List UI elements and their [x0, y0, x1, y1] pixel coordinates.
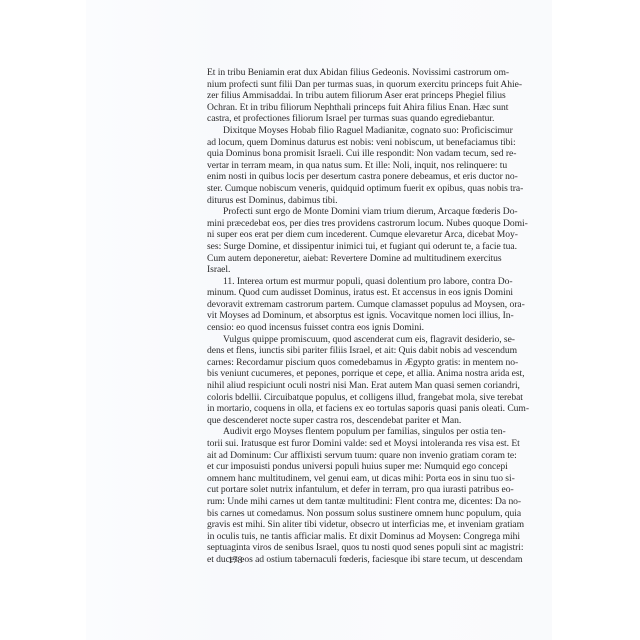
text-line: castra, et profectiones filiorum Israel …	[207, 113, 494, 125]
text-line: enim nosti in quibus locis per desertum …	[207, 171, 494, 183]
paragraph: Vulgus quippe promiscuum, quod ascendera…	[207, 334, 494, 427]
text-line: nium profecti sunt filii Dan per turmas …	[207, 79, 494, 91]
text-line: Israel.	[207, 264, 494, 276]
text-line: ses: Surge Domine, et dissipentur inimic…	[207, 241, 494, 253]
text-line: torii sui. Iratusque est furor Domini va…	[207, 438, 494, 450]
text-line: diturus est Dominus, dabimus tibi.	[207, 195, 494, 207]
text-line: Audivit ergo Moyses flentem populum per …	[207, 426, 494, 438]
text-line: in mortario, coquens in olla, et faciens…	[207, 403, 494, 415]
text-line: bis veniunt cucumeres, et pepones, porri…	[207, 368, 494, 380]
text-line: carnes: Recordamur piscium quos comedeba…	[207, 357, 494, 369]
text-line: ad locum, quem Dominus daturus est nobis…	[207, 137, 494, 149]
text-line: ni super eos erat per diem cum incederen…	[207, 229, 494, 241]
text-line: et cur imposuisti pondus universi populi…	[207, 461, 494, 473]
text-line: vit Moyses ad Dominum, et absorptus est …	[207, 310, 494, 322]
text-line: vertar in terram meam, in qua natus sum.…	[207, 160, 494, 172]
text-line: 11. Interea ortum est murmur populi, qua…	[207, 276, 494, 288]
text-line: minum. Quod cum audisset Dominus, iratus…	[207, 287, 494, 299]
text-line: coloris bdellii. Circuibatque populus, e…	[207, 392, 494, 404]
text-line: in oculis tuis, ne tantis afficiar malis…	[207, 531, 494, 543]
page-number: 178	[228, 555, 242, 566]
text-line: Cum autem deponeretur, aiebat: Revertere…	[207, 253, 494, 265]
text-line: quia Dominus bona promisit Israeli. Cui …	[207, 148, 494, 160]
paragraph: 11. Interea ortum est murmur populi, qua…	[207, 276, 494, 334]
text-line: Profecti sunt ergo de Monte Domini viam …	[207, 206, 494, 218]
text-line: gravis est mihi. Sin aliter tibi videtur…	[207, 519, 494, 531]
text-line: bis carnes ut comedamus. Non possum solu…	[207, 508, 494, 520]
paragraph: Profecti sunt ergo de Monte Domini viam …	[207, 206, 494, 276]
text-line: septuaginta viros de senibus Israel, quo…	[207, 542, 494, 554]
text-line: Ochran. Et in tribu filiorum Nephthali p…	[207, 102, 494, 114]
paragraph: Dixitque Moyses Hobab filio Raguel Madia…	[207, 125, 494, 206]
text-line: devoravit extremam castrorum partem. Cum…	[207, 299, 494, 311]
page-stage: Et in tribu Beniamin erat dux Abidan fil…	[0, 0, 640, 640]
body-text: Et in tribu Beniamin erat dux Abidan fil…	[207, 67, 494, 566]
text-line: dens et flens, iunctis sibi pariter fili…	[207, 345, 494, 357]
text-line: omnem hanc multitudinem, vel genui eam, …	[207, 473, 494, 485]
paragraph: Et in tribu Beniamin erat dux Abidan fil…	[207, 67, 494, 125]
text-line: ait ad Dominum: Cur afflixisti servum tu…	[207, 450, 494, 462]
text-line: que descenderet nocte super castra ros, …	[207, 415, 494, 427]
text-line: rum: Unde mihi carnes ut dem tantæ multi…	[207, 496, 494, 508]
text-line: zer filius Ammisaddai. In tribu autem fi…	[207, 90, 494, 102]
text-line: et duces eos ad ostium tabernaculi fœder…	[207, 554, 494, 566]
text-line: censio: eo quod incensus fuisset contra …	[207, 322, 494, 334]
text-line: Et in tribu Beniamin erat dux Abidan fil…	[207, 67, 494, 79]
text-line: Dixitque Moyses Hobab filio Raguel Madia…	[207, 125, 494, 137]
paragraph: Audivit ergo Moyses flentem populum per …	[207, 426, 494, 565]
text-line: cut portare solet nutrix infantulum, et …	[207, 484, 494, 496]
text-line: ster. Cumque nobiscum veneris, quidquid …	[207, 183, 494, 195]
text-line: Vulgus quippe promiscuum, quod ascendera…	[207, 334, 494, 346]
text-line: mini præcedebat eos, per dies tres provi…	[207, 218, 494, 230]
text-line: nihil aliud respiciunt oculi nostri nisi…	[207, 380, 494, 392]
